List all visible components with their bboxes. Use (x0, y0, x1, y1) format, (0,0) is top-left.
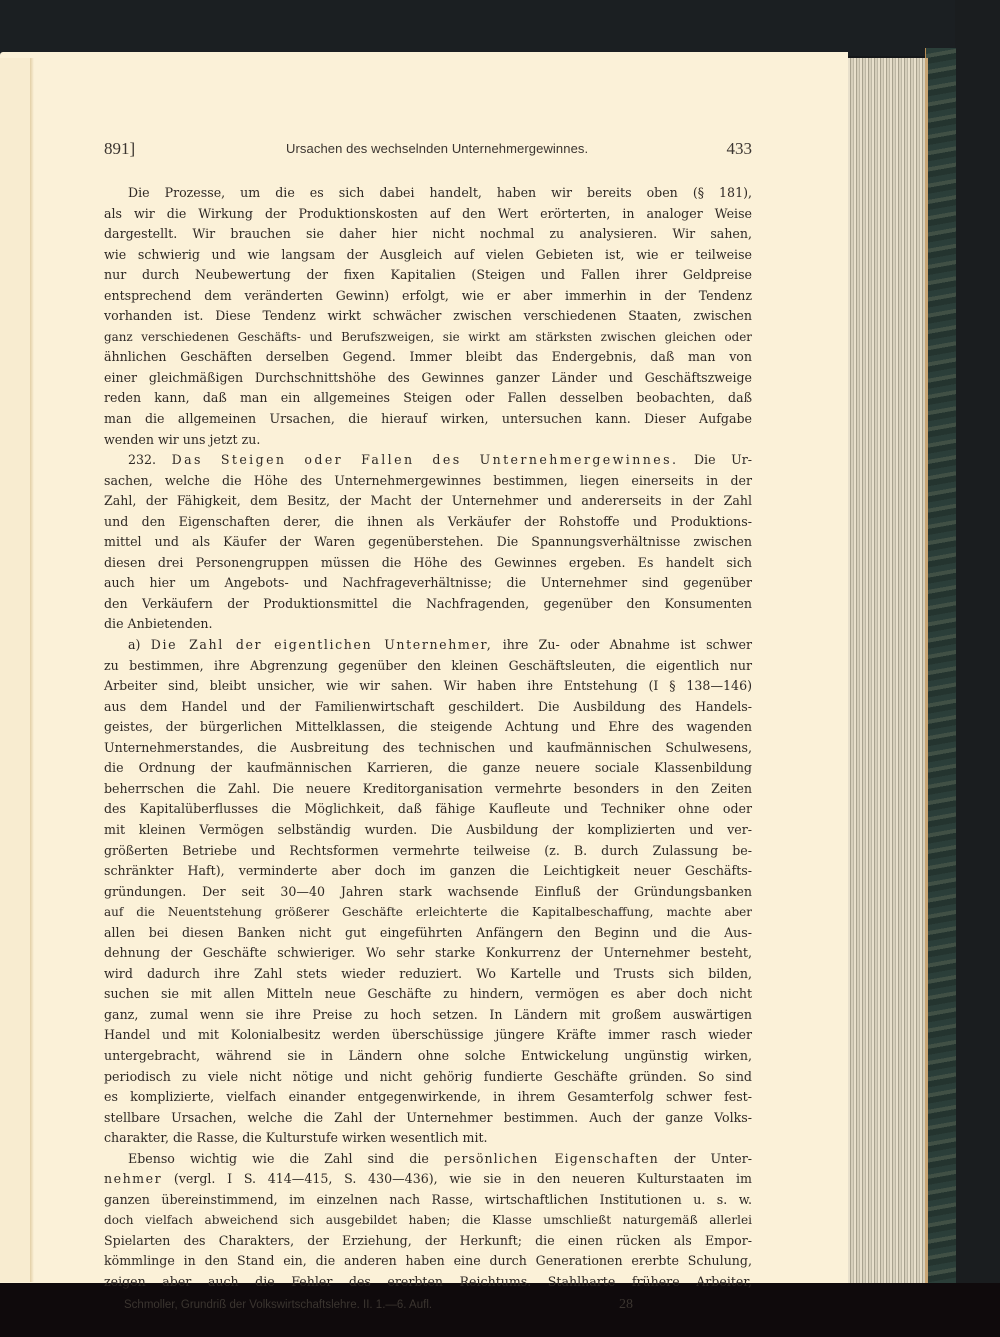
text-line: als wir die Wirkung der Produktionskoste… (104, 204, 752, 225)
text-line: die Anbietenden. (104, 614, 752, 635)
stacked-page-edges (848, 58, 928, 1286)
text-line: dehnung der Geschäfte schwieriger. Wo se… (104, 943, 752, 964)
text-line: Unternehmerstandes, die Ausbreitung des … (104, 738, 752, 759)
text-line: mit kleinen Vermögen selbständig wurden.… (104, 820, 752, 841)
text-line: schränkter Haft), verminderte aber doch … (104, 861, 752, 882)
text-line: ganz verschiedenen Geschäfts- und Berufs… (104, 327, 752, 348)
page-content: 891] Ursachen des wechselnden Unternehme… (104, 137, 752, 1315)
text-line: größerten Betriebe und Rechtsformen verm… (104, 841, 752, 862)
text-line: ähnlichen Geschäften derselben Gegend. I… (104, 347, 752, 368)
text-line: sachen, welche die Höhe des Unternehmerg… (104, 471, 752, 492)
subsection-marker: a) (128, 637, 140, 652)
text-line: beherrschen die Zahl. Die neuere Kredito… (104, 779, 752, 800)
text-line: Spielarten des Charakters, der Erziehung… (104, 1231, 752, 1252)
text-line: auch hier um Angebots- und Nachfrageverh… (104, 573, 752, 594)
printer-signature: Schmoller, Grundriß der Volkswirtschafts… (124, 1295, 432, 1315)
text-line: man die allgemeinen Ursachen, die hierau… (104, 409, 752, 430)
text-line: wie schwierig und wie langsam der Ausgle… (104, 245, 752, 266)
text-line: mittel und als Käufer der Waren gegenübe… (104, 532, 752, 553)
text-line: Arbeiter sind, bleibt unsicher, wie wir … (104, 676, 752, 697)
text-line: suchen sie mit allen Mitteln neue Geschä… (104, 984, 752, 1005)
text-line: nehmer (vergl. I S. 414—415, S. 430—436)… (104, 1169, 752, 1190)
text-line: wird dadurch ihre Zahl stets wieder redu… (104, 964, 752, 985)
text-line: es komplizierte, vielfach einander entge… (104, 1087, 752, 1108)
page-footer: Schmoller, Grundriß der Volkswirtschafts… (104, 1295, 752, 1315)
section-heading-line: 232. Das Steigen oder Fallen des Unterne… (104, 450, 752, 471)
text-line: nur durch Neubewertung der fixen Kapital… (104, 265, 752, 286)
body-text: Die Prozesse, um die es sich dabei hande… (104, 183, 752, 1293)
sheet-number: 28 (619, 1295, 633, 1315)
subsection-heading-line: a) Die Zahl der eigentlichen Unternehmer… (104, 635, 752, 656)
text-line: den Verkäufern der Produktionsmittel die… (104, 594, 752, 615)
text-line: zu bestimmen, ihre Abgrenzung gegenüber … (104, 656, 752, 677)
text-line: geistes, der bürgerlichen Mittelklassen,… (104, 717, 752, 738)
text-line: dargestellt. Wir brauchen sie daher hier… (104, 224, 752, 245)
text-line: einer gleichmäßigen Durchschnittshöhe de… (104, 368, 752, 389)
text-line: allen bei diesen Banken nicht gut eingef… (104, 923, 752, 944)
section-heading: Das Steigen oder Fallen des Unternehmerg… (172, 452, 679, 467)
text-line: ganz, zumal wenn sie ihre Preise zu hoch… (104, 1005, 752, 1026)
previous-page-strip (0, 58, 33, 1282)
text-line: kömmlinge in den Stand ein, die anderen … (104, 1251, 752, 1272)
text-line: reden kann, daß man ein allgemeines Stei… (104, 388, 752, 409)
text-line: entsprechend dem veränderten Gewinn) erf… (104, 286, 752, 307)
text-line: doch vielfach abweichend sich ausgebilde… (104, 1210, 752, 1231)
page-number: 433 (727, 137, 753, 161)
text-line: diesen drei Personengruppen müssen die H… (104, 553, 752, 574)
text-fragment: ihre Zu- oder Abnahme ist schwer (503, 637, 752, 652)
text-fragment: der Unter- (674, 1151, 752, 1166)
book-cover-right (955, 0, 1000, 1337)
text-line: des Kapitalüberflusses die Möglichkeit, … (104, 799, 752, 820)
text-line: Zahl, der Fähigkeit, dem Besitz, der Mac… (104, 491, 752, 512)
marbled-cover-edge (925, 48, 956, 1298)
gutter-shadow (30, 58, 34, 1282)
text-line: gründungen. Der seit 30—40 Jahren stark … (104, 882, 752, 903)
emphasis-line: Ebenso wichtig wie die Zahl sind die per… (104, 1149, 752, 1170)
text-line: stellbare Ursachen, welche die Zahl der … (104, 1108, 752, 1129)
text-line: vorhanden ist. Diese Tendenz wirkt schwä… (104, 306, 752, 327)
running-head: 891] Ursachen des wechselnden Unternehme… (104, 137, 752, 161)
emphasis-phrase: persönlichen Eigenschaften (444, 1151, 659, 1166)
text-line: ganzen übereinstimmend, im einzelnen nac… (104, 1190, 752, 1211)
text-line: Die Prozesse, um die es sich dabei hande… (104, 183, 752, 204)
text-line: und den Eigenschaften derer, die ihnen a… (104, 512, 752, 533)
text-line: periodisch zu viele nicht nötige und nic… (104, 1067, 752, 1088)
text-line: die Ordnung der kaufmännischen Karrieren… (104, 758, 752, 779)
emphasis-continuation: nehmer (104, 1171, 162, 1186)
subsection-heading: Die Zahl der eigentlichen Unternehmer, (151, 637, 493, 652)
text-line: aus dem Handel und der Familienwirtschaf… (104, 697, 752, 718)
text-fragment: Die Ur- (694, 452, 752, 467)
running-head-title: Ursachen des wechselnden Unternehmergewi… (286, 137, 588, 161)
section-marker: 891] (104, 137, 135, 161)
text-line: charakter, die Rasse, die Kulturstufe wi… (104, 1128, 752, 1149)
book-cover-top (0, 0, 1000, 56)
text-fragment: (vergl. I S. 414—415, S. 430—436), wie s… (174, 1171, 752, 1186)
text-line: wenden wir uns jetzt zu. (104, 430, 752, 451)
text-line: Handel und mit Kolonialbesitz werden übe… (104, 1025, 752, 1046)
text-line: untergebracht, während sie in Ländern oh… (104, 1046, 752, 1067)
text-line: zeigen aber auch die Fehler des ererbten… (104, 1272, 752, 1293)
text-fragment: Ebenso wichtig wie die Zahl sind die (128, 1151, 429, 1166)
section-number: 232. (128, 452, 156, 467)
text-line: auf die Neuentstehung größerer Geschäfte… (104, 902, 752, 923)
